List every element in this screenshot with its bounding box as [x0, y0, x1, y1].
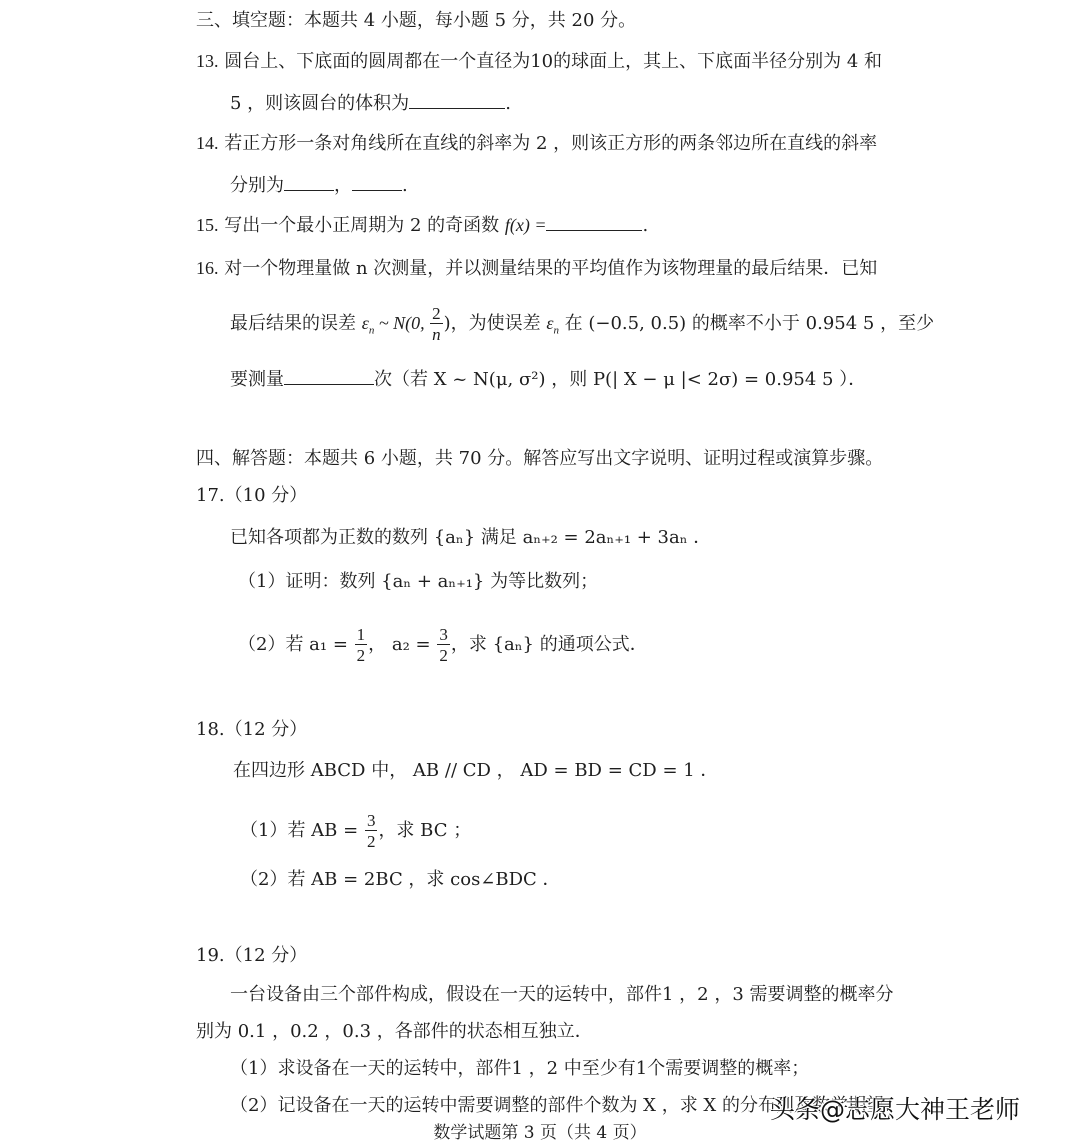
- q13-line2: 5 ，则该圆台的体积为: [230, 93, 409, 114]
- q17-part2-a: （2）若 a₁ =: [238, 634, 354, 655]
- q15-text: 写出一个最小正周期为 2 的奇函数: [224, 215, 505, 236]
- q17-part2-c: ，求 {aₙ} 的通项公式．: [451, 634, 648, 655]
- fraction-3-over-2: 32: [365, 812, 378, 850]
- q13-period: .: [505, 93, 511, 114]
- watermark: 头条@志愿大神王老师: [770, 1090, 1020, 1126]
- q19-stem-line2: 别为 0.1 ，0.2 ，0.3 ，各部件的状态相互独立．: [196, 1020, 593, 1044]
- q15-answer-blank[interactable]: [546, 212, 642, 231]
- normal-dist: ~ N(0,: [374, 313, 429, 333]
- q16-line2-text: 最后结果的误差: [230, 313, 362, 334]
- q13-answer-blank[interactable]: [409, 90, 505, 109]
- q16-line3-post: 次（若 X ~ N(μ, σ²) ，则 P(| X − μ |< 2σ) = 0…: [374, 369, 866, 390]
- q17-stem: 已知各项都为正数的数列 {aₙ} 满足 aₙ₊₂ = 2aₙ₊₁ + 3aₙ ．: [230, 526, 711, 550]
- q18-stem: 在四边形 ABCD 中， AB // CD ， AD = BD = CD = 1…: [233, 759, 718, 783]
- q14-line2: 分别为: [230, 175, 284, 196]
- q14-period: .: [402, 175, 408, 196]
- q14-number: 14.: [196, 133, 219, 153]
- q13-line1: 圆台上、下底面的圆周都在一个直径为10的球面上，其上、下底面半径分别为 4 和: [224, 51, 882, 72]
- q17-part1: （1）证明：数列 {aₙ + aₙ₊₁} 为等比数列；: [238, 570, 598, 594]
- q16-line2-text-b: ，为使误差: [451, 313, 547, 334]
- paren-close: ): [444, 313, 451, 334]
- fraction-2-over-n: 2n: [430, 305, 443, 343]
- q13-number: 13.: [196, 51, 219, 71]
- q18-part1-a: （1）若 AB =: [240, 820, 364, 841]
- q17-title: 17.（10 分）: [196, 484, 307, 508]
- q16-answer-blank[interactable]: [284, 366, 374, 385]
- section4-heading: 四、解答题：本题共 6 小题，共 70 分。解答应写出文字说明、证明过程或演算步…: [196, 447, 883, 471]
- section3-heading: 三、填空题：本题共 4 小题，每小题 5 分，共 20 分。: [196, 9, 636, 33]
- q18-title: 18.（12 分）: [196, 718, 307, 742]
- q14-answer-blank-2[interactable]: [352, 172, 402, 191]
- q14-answer-blank-1[interactable]: [284, 172, 334, 191]
- q18-part1-b: ，求 BC ；: [378, 820, 471, 841]
- epsilon-symbol: ε: [362, 313, 369, 333]
- q15-period: .: [642, 215, 648, 236]
- q19-title: 19.（12 分）: [196, 944, 307, 968]
- q15-function: f(x) =: [505, 215, 547, 235]
- q16-number: 16.: [196, 258, 219, 278]
- q14-line1: 若正方形一条对角线所在直线的斜率为 2 ，则该正方形的两条邻边所在直线的斜率: [224, 133, 877, 154]
- q14-comma: ，: [334, 175, 352, 196]
- q17-part2-b: ， a₂ =: [368, 634, 436, 655]
- q16-line2-text-c: 在 (−0.5, 0.5) 的概率不小于 0.954 5 ，至少: [559, 313, 934, 334]
- q19-part1: （1）求设备在一天的运转中，部件1 ，2 中至少有1个需要调整的概率；: [230, 1057, 809, 1081]
- q15-number: 15.: [196, 215, 219, 235]
- q16-line1: 对一个物理量做 n 次测量，并以测量结果的平均值作为该物理量的最后结果．已知: [224, 258, 877, 279]
- fraction-3-over-2: 32: [437, 626, 450, 664]
- q16-line3-pre: 要测量: [230, 369, 284, 390]
- q19-stem-line1: 一台设备由三个部件构成，假设在一天的运转中，部件1 ，2 ，3 需要调整的概率分: [230, 983, 894, 1007]
- fraction-1-over-2: 12: [355, 626, 368, 664]
- q18-part2: （2）若 AB = 2BC ，求 cos∠BDC ．: [240, 868, 561, 892]
